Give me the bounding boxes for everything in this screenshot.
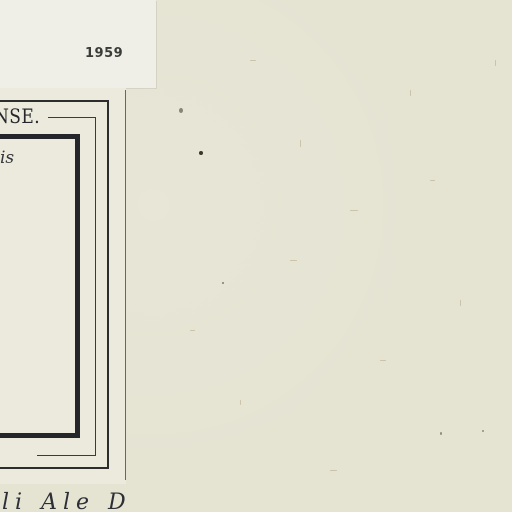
paper-speck (222, 282, 224, 284)
label-inner-frame (0, 134, 80, 438)
handwritten-text: is (0, 148, 14, 168)
paper-speck (179, 108, 183, 113)
paper-fiber (250, 60, 256, 61)
paper-fiber (495, 60, 496, 66)
paper-fiber (290, 260, 297, 261)
paper-speck (199, 151, 203, 155)
label-mid-frame-bottom (37, 455, 96, 456)
paper-fiber (460, 300, 461, 306)
paper-fiber (330, 470, 337, 471)
paper-fiber (410, 90, 411, 96)
label-header-text: NSE. (0, 104, 40, 128)
paper-fiber (350, 210, 358, 211)
paper-fiber (380, 360, 386, 361)
paper-fiber (430, 180, 435, 181)
label-year: 1959 (85, 46, 123, 61)
label-edge-line (125, 90, 126, 480)
paper-fiber (190, 330, 195, 331)
label-mid-frame-top (48, 117, 96, 118)
paper-speck (482, 430, 484, 432)
paper-fiber (240, 400, 241, 405)
paper-fiber (300, 140, 301, 147)
bottom-handwriting: li Ale D (2, 490, 132, 512)
paper-speck (440, 432, 442, 435)
label-mid-frame-right (95, 117, 96, 456)
accession-label-card: 1959 (0, 0, 156, 88)
